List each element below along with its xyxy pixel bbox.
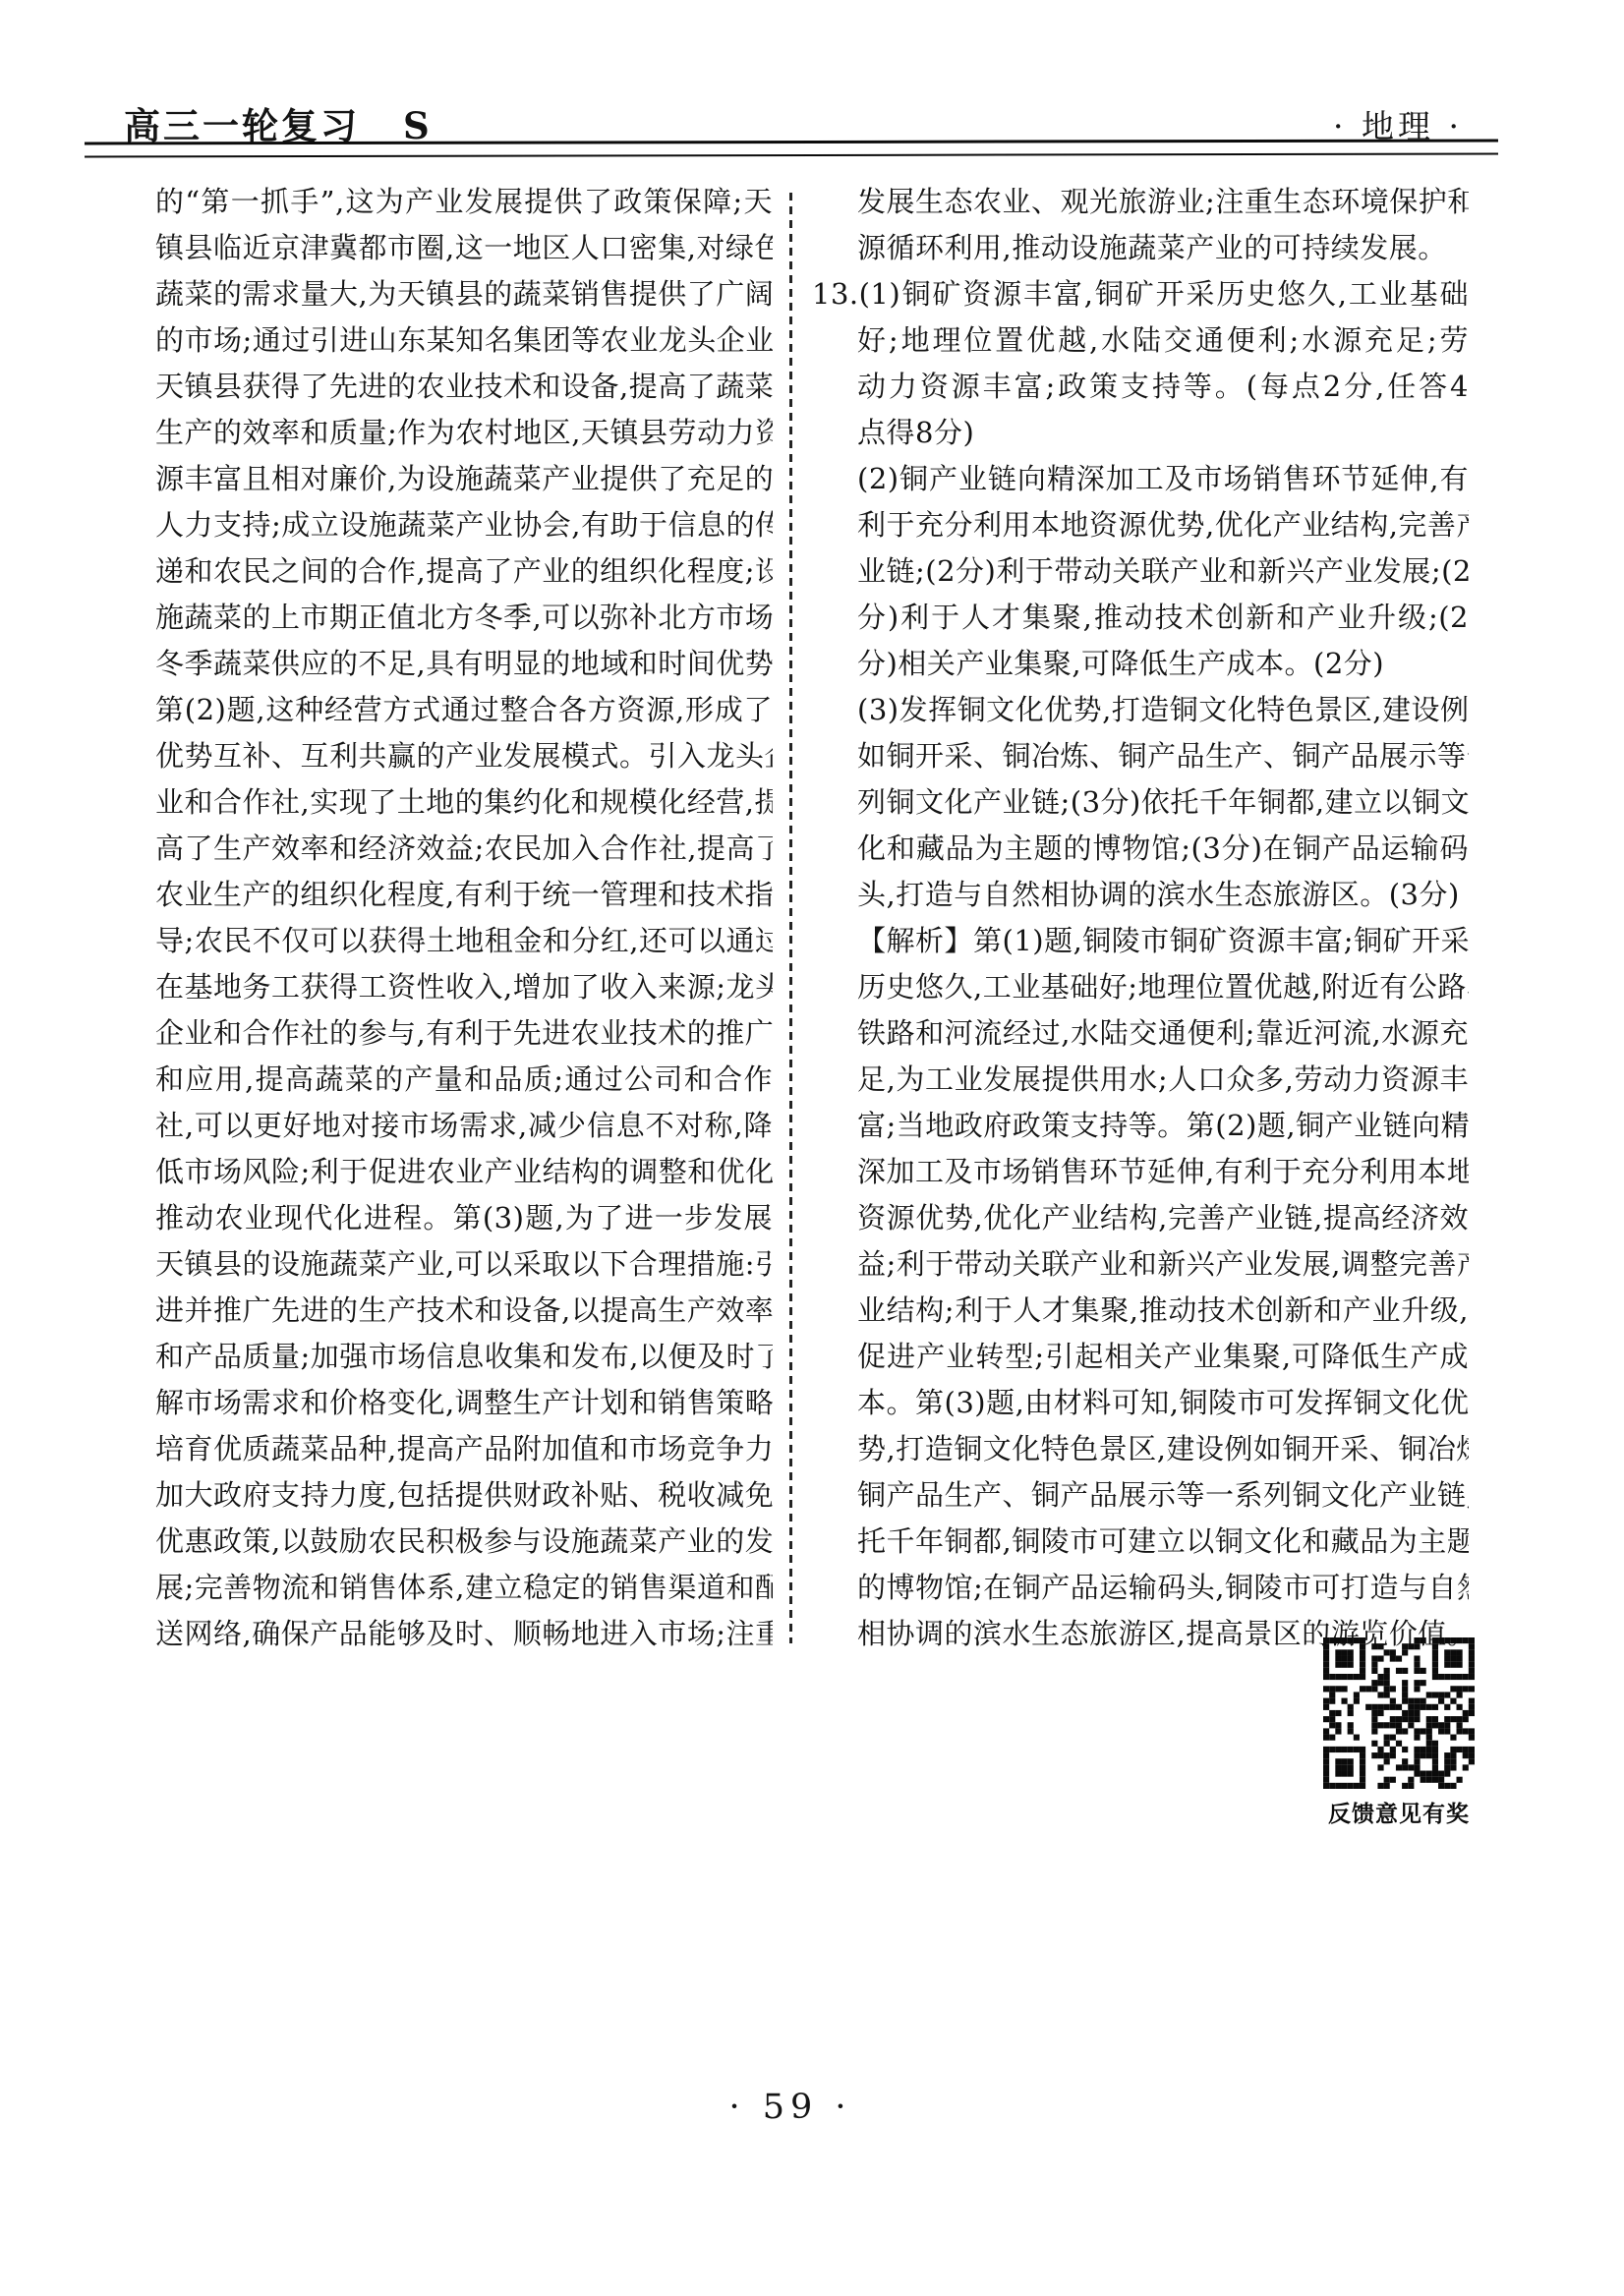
qr-caption: 反馈意见有奖 [1321, 1796, 1477, 1828]
text-line: 深加工及市场销售环节延伸,有利于充分利用本地 [857, 1149, 1469, 1195]
page-number: · 59 · [690, 2088, 891, 2127]
text-line: 培育优质蔬菜品种,提高产品附加值和市场竞争力; [155, 1426, 773, 1472]
text-line: 生产的效率和质量;作为农村地区,天镇县劳动力资 [155, 410, 773, 456]
text-line: 递和农民之间的合作,提高了产业的组织化程度;设 [155, 548, 773, 595]
text-line: 点得8分) [857, 410, 1469, 456]
text-line: 源循环利用,推动设施蔬菜产业的可持续发展。 [857, 225, 1469, 271]
text-line: 历史悠久,工业基础好;地理位置优越,附近有公路、 [857, 964, 1469, 1010]
text-line: 展;完善物流和销售体系,建立稳定的销售渠道和配 [155, 1565, 773, 1611]
text-line: 益;利于带动关联产业和新兴产业发展,调整完善产 [857, 1241, 1469, 1288]
text-line: 资源优势,优化产业结构,完善产业链,提高经济效 [857, 1195, 1469, 1241]
text-line: 加大政府支持力度,包括提供财政补贴、税收减免等 [155, 1472, 773, 1519]
text-line: 头,打造与自然相协调的滨水生态旅游区。(3分) [857, 872, 1469, 918]
text-line: 分)利于人才集聚,推动技术创新和产业升级;(2 [857, 595, 1469, 641]
text-line: 富;当地政府政策支持等。第(2)题,铜产业链向精 [857, 1103, 1469, 1149]
text-line: 人力支持;成立设施蔬菜产业协会,有助于信息的传 [155, 502, 773, 548]
text-line: 发展生态农业、观光旅游业;注重生态环境保护和资 [857, 179, 1469, 225]
text-line: 和应用,提高蔬菜的产量和品质;通过公司和合作 [155, 1057, 773, 1103]
text-line: 第(2)题,这种经营方式通过整合各方资源,形成了 [155, 687, 773, 733]
text-line: 业结构;利于人才集聚,推动技术创新和产业升级, [857, 1288, 1469, 1334]
text-line: 促进产业转型;引起相关产业集聚,可降低生产成 [857, 1334, 1469, 1380]
text-line: 利于充分利用本地资源优势,优化产业结构,完善产 [857, 502, 1469, 548]
text-line: 化和藏品为主题的博物馆;(3分)在铜产品运输码 [857, 826, 1469, 872]
text-line: 蔬菜的需求量大,为天镇县的蔬菜销售提供了广阔 [155, 271, 773, 317]
text-line: 的市场;通过引进山东某知名集团等农业龙头企业, [155, 317, 773, 364]
text-line: 在基地务工获得工资性收入,增加了收入来源;龙头 [155, 964, 773, 1010]
header-double-rule [85, 139, 1498, 157]
text-line: 推动农业现代化进程。第(3)题,为了进一步发展 [155, 1195, 773, 1241]
text-line: 高了生产效率和经济效益;农民加入合作社,提高了 [155, 826, 773, 872]
text-line: 的“第一抓手”,这为产业发展提供了政策保障;天 [155, 179, 773, 225]
text-line: 托千年铜都,铜陵市可建立以铜文化和藏品为主题 [857, 1519, 1469, 1565]
text-line: 解市场需求和价格变化,调整生产计划和销售策略; [155, 1380, 773, 1426]
text-line: 导;农民不仅可以获得土地租金和分红,还可以通过 [155, 918, 773, 964]
text-line: 优势互补、互利共赢的产业发展模式。引入龙头企 [155, 733, 773, 779]
text-line: (3)发挥铜文化优势,打造铜文化特色景区,建设例 [857, 687, 1469, 733]
column-divider [789, 193, 792, 1643]
left-column: 的“第一抓手”,这为产业发展提供了政策保障;天镇县临近京津冀都市圈,这一地区人口… [155, 179, 773, 1657]
text-line: 镇县临近京津冀都市圈,这一地区人口密集,对绿色 [155, 225, 773, 271]
text-line: 天镇县获得了先进的农业技术和设备,提高了蔬菜 [155, 364, 773, 410]
text-line: 势,打造铜文化特色景区,建设例如铜开采、铜冶炼、 [857, 1426, 1469, 1472]
text-line: (2)铜产业链向精深加工及市场销售环节延伸,有 [857, 456, 1469, 502]
text-line: 企业和合作社的参与,有利于先进农业技术的推广 [155, 1010, 773, 1057]
text-line: 和产品质量;加强市场信息收集和发布,以便及时了 [155, 1334, 773, 1380]
text-line: 农业生产的组织化程度,有利于统一管理和技术指 [155, 872, 773, 918]
text-line: 社,可以更好地对接市场需求,减少信息不对称,降 [155, 1103, 773, 1149]
text-line: 如铜开采、铜冶炼、铜产品生产、铜产品展示等一系 [857, 733, 1469, 779]
text-line: 业链;(2分)利于带动关联产业和新兴产业发展;(2 [857, 548, 1469, 595]
text-line: 施蔬菜的上市期正值北方冬季,可以弥补北方市场 [155, 595, 773, 641]
text-line: 列铜文化产业链;(3分)依托千年铜都,建立以铜文 [857, 779, 1469, 826]
page: 高三一轮复习S · 地理 · 的“第一抓手”,这为产业发展提供了政策保障;天镇县… [0, 0, 1624, 2296]
qr-code-icon [1323, 1637, 1475, 1789]
text-line: 本。第(3)题,由材料可知,铜陵市可发挥铜文化优 [857, 1380, 1469, 1426]
text-line: 铁路和河流经过,水陆交通便利;靠近河流,水源充 [857, 1010, 1469, 1057]
text-line: 源丰富且相对廉价,为设施蔬菜产业提供了充足的 [155, 456, 773, 502]
qr-block: 反馈意见有奖 [1321, 1637, 1477, 1828]
text-line: 足,为工业发展提供用水;人口众多,劳动力资源丰 [857, 1057, 1469, 1103]
text-line: 冬季蔬菜供应的不足,具有明显的地域和时间优势。 [155, 641, 773, 687]
text-line: 动力资源丰富;政策支持等。(每点2分,任答4 [857, 364, 1469, 410]
text-line: 优惠政策,以鼓励农民积极参与设施蔬菜产业的发 [155, 1519, 773, 1565]
text-line: 低市场风险;利于促进农业产业结构的调整和优化, [155, 1149, 773, 1195]
text-line: 好;地理位置优越,水陆交通便利;水源充足;劳 [857, 317, 1469, 364]
text-line: 业和合作社,实现了土地的集约化和规模化经营,提 [155, 779, 773, 826]
text-line: 铜产品生产、铜产品展示等一系列铜文化产业链;依 [857, 1472, 1469, 1519]
text-line: 【解析】第(1)题,铜陵市铜矿资源丰富;铜矿开采 [857, 918, 1469, 964]
right-column: 发展生态农业、观光旅游业;注重生态环境保护和资源循环利用,推动设施蔬菜产业的可持… [857, 179, 1469, 1657]
text-line: 天镇县的设施蔬菜产业,可以采取以下合理措施:引 [155, 1241, 773, 1288]
text-line: 的博物馆;在铜产品运输码头,铜陵市可打造与自然 [857, 1565, 1469, 1611]
text-line: 进并推广先进的生产技术和设备,以提高生产效率 [155, 1288, 773, 1334]
text-line: 分)相关产业集聚,可降低生产成本。(2分) [857, 641, 1469, 687]
text-line: 送网络,确保产品能够及时、顺畅地进入市场;注重 [155, 1611, 773, 1657]
text-line: 13.(1)铜矿资源丰富,铜矿开采历史悠久,工业基础 [812, 271, 1469, 317]
